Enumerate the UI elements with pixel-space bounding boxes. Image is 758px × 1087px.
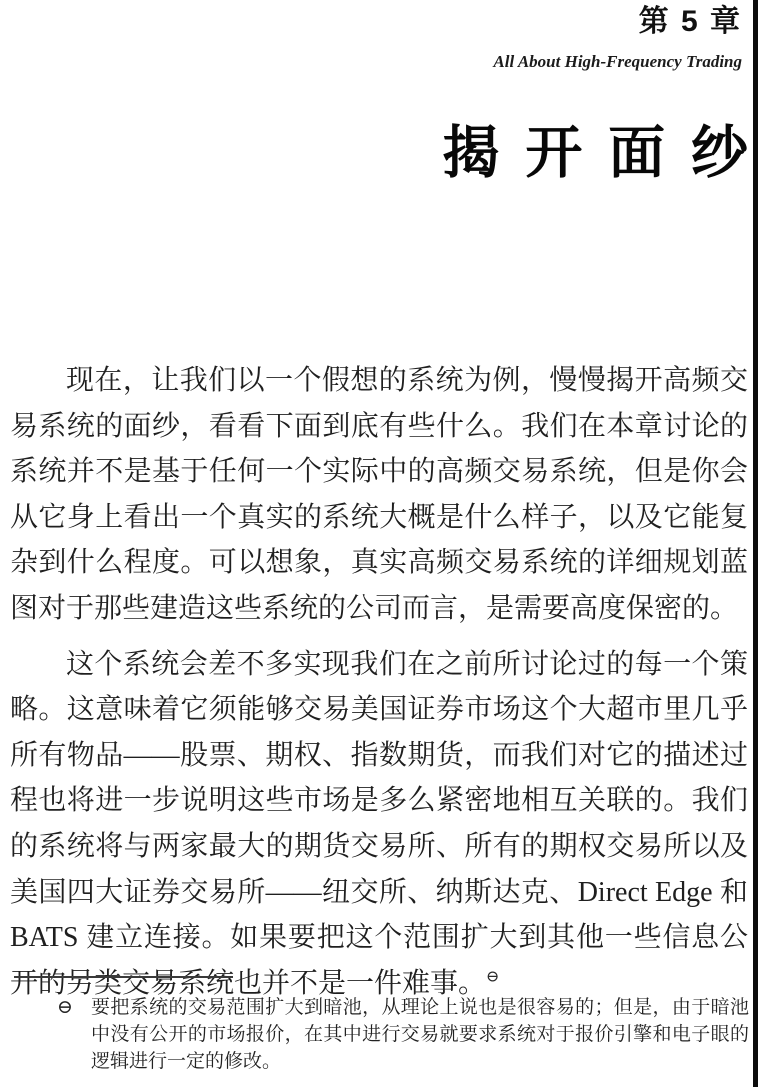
footnote-reference-mark: ⊖ (486, 968, 499, 985)
paragraph-2-text: 这个系统会差不多实现我们在之前所讨论过的每一个策略。这意味着它须能够交易美国证券… (10, 649, 748, 999)
footnote: ⊖ 要把系统的交易范围扩大到暗池，从理论上说也是很容易的；但是，由于暗池中没有公… (57, 994, 749, 1075)
chapter-title: 揭 开 面 纱 (442, 118, 748, 188)
body-text: 现在，让我们以一个假想的系统为例，慢慢揭开高频交易系统的面纱，看看下面到底有些什… (10, 358, 748, 1006)
footnote-text: 要把系统的交易范围扩大到暗池，从理论上说也是很容易的；但是，由于暗池中没有公开的… (91, 994, 749, 1075)
page-header: 第 5 章 All About High-Frequency Trading (493, 4, 742, 72)
series-title: All About High-Frequency Trading (493, 52, 742, 72)
chapter-number: 第 5 章 (493, 4, 742, 40)
paragraph-1: 现在，让我们以一个假想的系统为例，慢慢揭开高频交易系统的面纱，看看下面到底有些什… (10, 358, 748, 632)
footnote-separator-rule (14, 976, 233, 978)
paragraph-2: 这个系统会差不多实现我们在之前所讨论过的每一个策略。这意味着它须能够交易美国证券… (10, 642, 748, 1007)
page-scan-edge (753, 0, 758, 1087)
footnote-marker: ⊖ (57, 994, 79, 1021)
book-page: 第 5 章 All About High-Frequency Trading 揭… (0, 0, 758, 1087)
